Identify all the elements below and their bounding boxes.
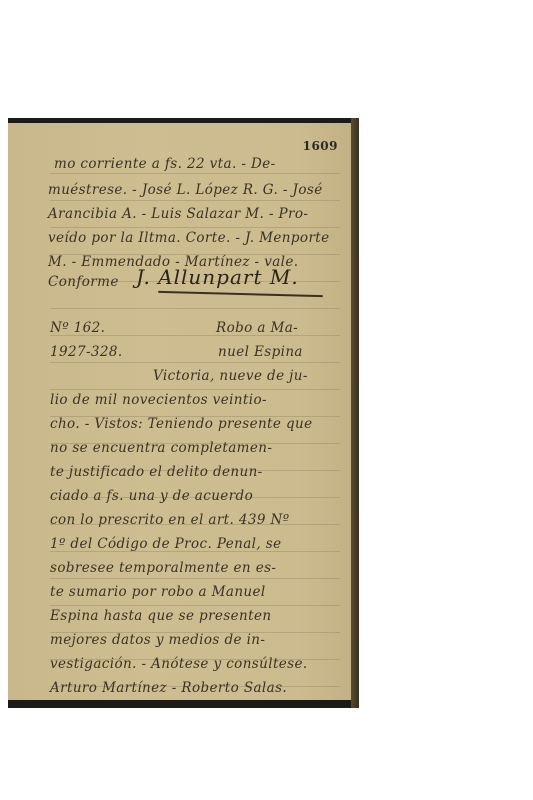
handwritten-line: muéstrese. - José L. López R. G. - José: [48, 181, 338, 199]
handwritten-line: Victoria, nueve de ju-: [153, 367, 352, 385]
signature: J. Allunpart M.: [136, 265, 299, 289]
handwritten-line: lio de mil novecientos veintio-: [50, 391, 340, 409]
ruled-line: [50, 227, 340, 228]
ruled-line: [50, 362, 340, 363]
handwritten-line: 1º del Código de Proc. Penal, se: [50, 535, 340, 553]
handwritten-line: con lo prescrito en el art. 439 Nº: [50, 511, 340, 529]
ledger-page: 1609 mo corriente a fs. 22 vta. - De- mu…: [8, 123, 352, 700]
handwritten-line: sobresee temporalmente en es-: [50, 559, 340, 577]
handwritten-line: Espina hasta que se presenten: [50, 607, 340, 625]
handwritten-line: Arturo Martínez - Roberto Salas.: [50, 679, 340, 697]
ruled-line: [50, 308, 340, 309]
handwritten-line: Arancibia A. - Luis Salazar M. - Pro-: [48, 205, 338, 223]
handwritten-line: te justificado el delito denun-: [50, 463, 340, 481]
handwritten-line: vestigación. - Anótese y consúltese.: [50, 655, 340, 673]
handwritten-line: veído por la Iltma. Corte. - J. Menporte: [48, 229, 338, 247]
ruled-line: [50, 173, 340, 174]
document-frame: 1609 mo corriente a fs. 22 vta. - De- mu…: [8, 118, 359, 708]
page-number: 1609: [303, 139, 338, 153]
case-subject: Robo a Ma-: [216, 319, 352, 337]
ruled-line: [50, 605, 340, 606]
handwritten-line: mejores datos y medios de in-: [50, 631, 340, 649]
handwritten-line: cho. - Vistos: Teniendo presente que: [50, 415, 340, 433]
case-subject: nuel Espina: [218, 343, 352, 361]
ruled-line: [50, 200, 340, 201]
handwritten-line: no se encuentra completamen-: [50, 439, 340, 457]
ruled-line: [50, 389, 340, 390]
book-spine-edge: [351, 118, 359, 708]
handwritten-line: te sumario por robo a Manuel: [50, 583, 340, 601]
handwritten-line: ciado a fs. una y de acuerdo: [50, 487, 340, 505]
handwritten-line: mo corriente a fs. 22 vta. - De-: [54, 155, 344, 173]
signature-flourish: [158, 291, 323, 297]
ruled-line: [50, 578, 340, 579]
